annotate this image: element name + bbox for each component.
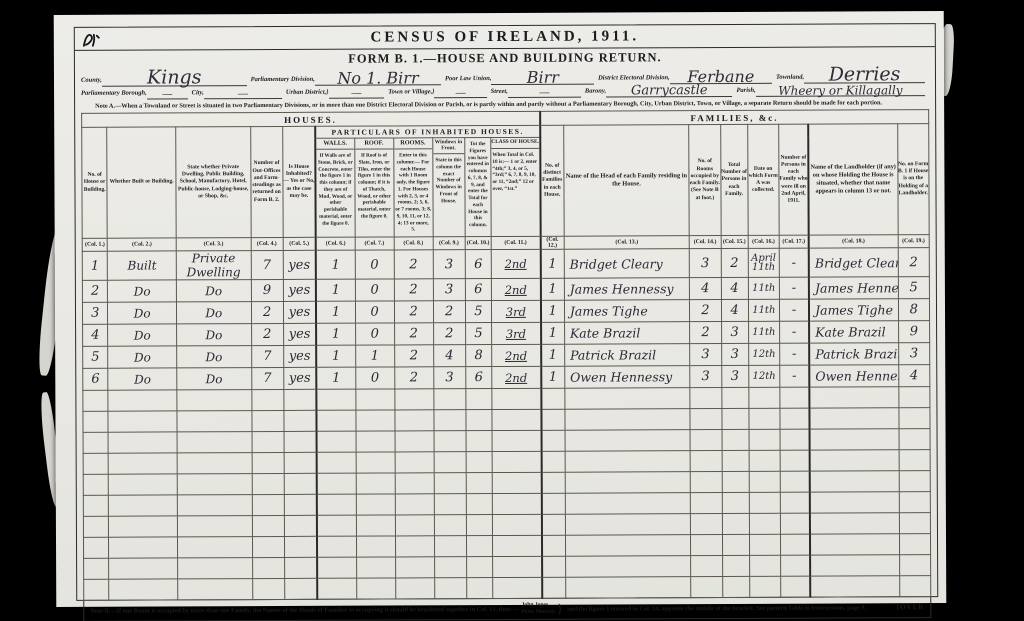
empty-cell (565, 556, 690, 578)
cell-r5-c18: Patrick Brazil (809, 343, 898, 365)
cell-r4-c7: 0 (355, 323, 394, 345)
empty-cell (252, 494, 284, 515)
field-town-or-village: Town or Village,} — (388, 88, 486, 99)
empty-cell (433, 389, 465, 410)
empty-cell (317, 536, 356, 557)
field-townland: Townland, Derries (776, 66, 925, 84)
empty-cell (565, 472, 690, 494)
cell-r4-c1: 4 (83, 324, 109, 346)
cell-r5-c9: 4 (433, 345, 465, 367)
empty-cell (780, 450, 810, 471)
empty-cell (466, 410, 492, 431)
empty-cell (898, 387, 930, 408)
empty-cell (317, 494, 356, 515)
empty-cell (434, 410, 466, 431)
empty-cell (810, 492, 899, 513)
empty-cell (395, 515, 434, 536)
col-header-3: State whether Private Dwelling, Public B… (176, 127, 251, 238)
empty-cell (810, 576, 899, 597)
cell-r4-c15: 3 (721, 321, 748, 343)
cell-r3-c1: 3 (82, 302, 108, 324)
cell-r3-c14: 2 (690, 300, 721, 322)
cell-r5-c5: yes (283, 345, 316, 367)
empty-cell (434, 452, 466, 473)
census-form-paper: CENSUS OF IRELAND, 1911. FORM B. 1.—HOUS… (54, 11, 947, 607)
cell-r1-c2: Built (108, 251, 177, 280)
empty-cell (109, 495, 178, 516)
cell-r4-c13: Kate Brazil (564, 322, 689, 345)
cell-r6-c7: 0 (355, 367, 394, 389)
col-num-9: (Col. 9.) (433, 237, 465, 250)
cell-r2-c12: 1 (541, 278, 565, 300)
empty-cell (541, 472, 565, 493)
col-label: ROOF. (355, 139, 393, 150)
empty-cell (177, 453, 252, 474)
empty-cell (492, 409, 541, 430)
empty-cell (492, 451, 541, 472)
empty-cell (177, 432, 252, 453)
cell-r5-c19: 3 (898, 343, 930, 365)
cell-r4-c2: Do (108, 324, 177, 346)
empty-cell (780, 534, 810, 555)
empty-cell (177, 537, 252, 558)
empty-cell (178, 579, 253, 600)
col-header-12: No. of distinct Families in each House. (540, 125, 564, 236)
col-header-7: ROOF. If Roof is of Slate, Iron, or Tile… (354, 138, 393, 237)
cell-r2-c7: 0 (355, 279, 394, 301)
empty-cell (356, 431, 395, 452)
cell-r2-c14: 4 (690, 278, 721, 300)
col-header-19: No. on Form B. 1 if House is on the Hold… (897, 124, 929, 235)
cell-r5-c7: 1 (355, 345, 394, 367)
empty-cell (899, 576, 931, 597)
empty-cell (565, 388, 690, 410)
col-num-2: (Col. 2.) (108, 238, 177, 251)
empty-cell (722, 576, 749, 597)
col-header-10: Tot the Figures you have entered in colu… (465, 138, 492, 237)
field-value-handwritten: No 1. Birr (315, 71, 441, 86)
empty-cell (83, 432, 108, 453)
empty-cell (492, 514, 541, 535)
col-num-6: (Col. 6.) (316, 237, 355, 250)
empty-cell (109, 453, 178, 474)
empty-cell (83, 537, 108, 558)
cell-r1-c14: 3 (689, 249, 720, 278)
empty-cell (749, 513, 780, 534)
empty-cell (252, 536, 284, 557)
form-title: FORM B. 1.—HOUSE AND BUILDING RETURN. (81, 47, 929, 69)
empty-cell (691, 556, 722, 577)
empty-cell (899, 471, 931, 492)
cell-r3-c6: 1 (316, 301, 355, 323)
empty-cell (83, 453, 108, 474)
field-county: County, Kings (81, 69, 247, 87)
cell-r3-c19: 8 (898, 299, 930, 321)
empty-cell (252, 557, 284, 578)
field-label: City, (192, 91, 204, 100)
empty-cell (690, 430, 721, 451)
col-label: Windows in Front. (433, 138, 464, 154)
col-desc: If Walls are of Stone, Brick, or Concret… (317, 150, 355, 230)
empty-cell (899, 513, 931, 534)
empty-cell (466, 452, 492, 473)
cell-r2-c5: yes (283, 279, 316, 301)
empty-cell (722, 471, 749, 492)
cell-r1-c1: 1 (82, 251, 108, 280)
empty-cell (395, 536, 434, 557)
field-label: Barony, (585, 89, 606, 98)
empty-cell (542, 577, 566, 598)
cell-r1-c6: 1 (316, 250, 355, 279)
empty-cell (108, 390, 177, 411)
empty-cell (177, 411, 252, 432)
empty-cell (722, 513, 749, 534)
field-city: City, — (192, 89, 282, 100)
cell-r4-c8: 2 (394, 323, 433, 345)
empty-cell (252, 473, 284, 494)
cell-r5-c10: 8 (465, 345, 491, 367)
col-header-6: WALLS. If Walls are of Stone, Brick, or … (315, 138, 354, 237)
empty-cell (317, 473, 356, 494)
field-label: Parliamentary Division, (251, 77, 315, 86)
empty-cell (749, 450, 780, 471)
cell-r1-c13: Bridget Cleary (564, 249, 689, 279)
cell-r4-c9: 2 (433, 323, 465, 345)
empty-cell (109, 537, 178, 558)
cell-r5-c4: 7 (251, 345, 283, 367)
empty-cell (899, 555, 931, 576)
cell-r1-c12: 1 (540, 249, 564, 278)
empty-cell (810, 450, 899, 471)
empty-cell (721, 387, 748, 408)
cell-r5-c16: 12th (748, 343, 779, 365)
cell-r2-c13: James Hennessy (564, 278, 689, 301)
empty-cell (899, 429, 931, 450)
cell-r3-c2: Do (108, 302, 177, 324)
col-desc: If Roof is of Slate, Iron, or Tiles, ent… (355, 150, 393, 224)
empty-cell (356, 473, 395, 494)
cell-r2-c9: 3 (433, 279, 465, 301)
empty-cell (781, 576, 811, 597)
empty-cell (284, 410, 317, 431)
cell-r2-c11: 2nd (491, 278, 540, 300)
cell-r1-c8: 2 (394, 250, 433, 279)
empty-cell (466, 389, 492, 410)
empty-cell (565, 493, 690, 515)
empty-cell (356, 515, 395, 536)
empty-cell (493, 535, 542, 556)
cell-r1-c19: 2 (898, 248, 930, 277)
cell-r1-c16: April 11th (748, 248, 779, 277)
empty-cell (317, 515, 356, 536)
cell-r1-c9: 3 (433, 250, 465, 279)
empty-cell (542, 514, 566, 535)
empty-cell (356, 557, 395, 578)
field-label: Town or Village,} (388, 90, 434, 99)
cell-r1-c11: 2nd (491, 249, 540, 278)
empty-cell (780, 408, 810, 429)
empty-cell (721, 408, 748, 429)
col-num-18: (Col. 18.) (809, 235, 898, 248)
cell-r3-c4: 2 (251, 301, 283, 323)
field-label: Urban District,} (286, 90, 329, 99)
col-num-14: (Col. 14.) (689, 236, 720, 249)
cell-r2-c8: 2 (394, 279, 433, 301)
cell-r3-c15: 4 (721, 299, 748, 321)
col-header-8: ROOMS. Enter in this column:— For each H… (393, 138, 432, 237)
cell-r2-c2: Do (108, 280, 177, 302)
cell-r2-c18: James Hennessy (809, 277, 898, 299)
note-b-text: and the figure 1 entered in Col. 14, opp… (567, 604, 866, 612)
cell-r5-c6: 1 (316, 345, 355, 367)
empty-cell (109, 474, 178, 495)
cell-r3-c9: 2 (433, 301, 465, 323)
scanned-census-page: { "page": { "title": "CENSUS OF IRELAND,… (0, 0, 1024, 621)
cell-r4-c14: 2 (690, 322, 721, 344)
cell-r6-c11: 2nd (492, 366, 541, 388)
empty-cell (84, 558, 109, 579)
empty-cell (252, 578, 284, 599)
cell-r4-c17: - (780, 321, 810, 343)
empty-cell (395, 431, 434, 452)
empty-cell (317, 389, 356, 410)
empty-cell (83, 495, 108, 516)
cell-r2-c1: 2 (82, 280, 108, 302)
field-value-handwritten: Kings (102, 69, 247, 87)
empty-cell (434, 431, 466, 452)
empty-cell (466, 557, 492, 578)
col-num-19: (Col. 19.) (898, 235, 930, 248)
cell-r1-c3: Private Dwelling (176, 251, 251, 280)
col-num-13: (Col. 13.) (564, 236, 689, 250)
empty-cell (84, 579, 109, 600)
col-num-17: (Col. 17.) (779, 235, 809, 248)
empty-cell (691, 535, 722, 556)
col-desc: Enter in this column:— For each House wi… (394, 149, 432, 236)
field-label: Parliamentary Borough, (81, 91, 147, 100)
cell-r6-c12: 1 (541, 366, 565, 388)
field-label: Parish, (736, 88, 755, 97)
col-header-16: Date on which Form A was collected. (747, 124, 779, 235)
empty-cell (83, 516, 108, 537)
field-parish: Parish, Wheery or Killagally (736, 86, 925, 97)
empty-cell (690, 472, 721, 493)
empty-cell (109, 558, 178, 579)
field-value-handwritten: — (329, 88, 385, 99)
empty-cell (395, 410, 434, 431)
over-label: [OVER (883, 603, 925, 611)
field-label: County, (81, 78, 102, 87)
cell-r3-c13: James Tighe (564, 300, 689, 323)
col-num-15: (Col. 15.) (721, 235, 748, 248)
cell-r3-c5: yes (283, 301, 316, 323)
cell-r4-c3: Do (177, 324, 252, 346)
empty-cell (252, 431, 284, 452)
cell-r3-c10: 5 (465, 301, 491, 323)
empty-cell (780, 387, 810, 408)
table-body: 1BuiltPrivate Dwelling7yes102362nd1Bridg… (82, 248, 931, 601)
col-header-11: CLASS OF HOUSE. When Total in Col. 10 is… (491, 137, 541, 236)
cell-r1-c4: 7 (251, 250, 283, 279)
empty-cell (177, 495, 252, 516)
empty-cell (284, 578, 317, 599)
col-num-4: (Col. 4.) (251, 237, 283, 250)
cell-r5-c12: 1 (541, 344, 565, 366)
col-label: WALLS. (316, 139, 354, 150)
empty-cell (810, 429, 899, 450)
empty-cell (356, 452, 395, 473)
cell-r1-c17: - (779, 248, 809, 277)
cell-r3-c17: - (779, 299, 809, 321)
note-b: Note B.—If one Room is occupied by more … (83, 597, 931, 621)
empty-cell (691, 493, 722, 514)
cell-r6-c19: 4 (898, 365, 930, 387)
col-header-13: Name of the Head of each Family residing… (564, 125, 690, 237)
empty-cell (284, 557, 317, 578)
cell-r2-c10: 6 (465, 279, 491, 301)
cell-r6-c1: 6 (83, 368, 109, 390)
empty-cell (691, 514, 722, 535)
empty-cell (898, 408, 930, 429)
bracket-glyph: } (557, 601, 563, 617)
field-value-handwritten: Wheery or Killagally (756, 86, 925, 97)
col-num-1: (Col. 1.) (82, 238, 107, 251)
empty-cell (492, 388, 541, 409)
empty-cell (356, 389, 395, 410)
empty-cell (356, 578, 395, 599)
empty-cell (749, 471, 780, 492)
cell-r3-c18: James Tighe (809, 299, 898, 321)
cell-r6-c9: 3 (433, 367, 465, 389)
empty-cell (722, 450, 749, 471)
empty-cell (541, 451, 565, 472)
empty-cell (809, 387, 898, 408)
cell-r5-c2: Do (108, 346, 177, 368)
cell-r4-c19: 9 (898, 321, 930, 343)
cell-r5-c14: 3 (690, 344, 721, 366)
col-header-2: Whether Built or Building. (107, 127, 176, 238)
cell-r3-c3: Do (176, 302, 251, 324)
empty-cell (722, 429, 749, 450)
empty-cell (749, 408, 780, 429)
house-building-table: HOUSES. FAMILIES, &c. No. of House or Bu… (81, 109, 931, 601)
ink-mark (80, 31, 104, 54)
cell-r1-c18: Bridget Cleary (809, 248, 898, 277)
empty-cell (749, 492, 780, 513)
col-header-9: Windows in Front. State in this column t… (432, 138, 465, 237)
empty-cell (434, 494, 466, 515)
empty-cell (356, 536, 395, 557)
empty-cell (749, 555, 780, 576)
cell-r3-c8: 2 (394, 301, 433, 323)
empty-row (84, 576, 931, 601)
empty-cell (284, 536, 317, 557)
col-header-14: No. of Rooms occupied by each Family. (S… (689, 125, 721, 236)
empty-cell (252, 452, 284, 473)
field-value-handwritten: Garrycastle (606, 85, 732, 98)
empty-cell (492, 430, 541, 451)
cell-r6-c4: 7 (251, 367, 283, 389)
cell-r3-c11: 3rd (491, 300, 540, 322)
col-header-1: No. of House or Building. (82, 127, 108, 238)
empty-cell (317, 410, 356, 431)
cell-r1-c15: 2 (721, 248, 748, 277)
col-header-4: Number of Out-Offices and Farm-steadings… (250, 126, 283, 237)
col-num-7: (Col. 7.) (355, 237, 394, 250)
col-num-8: (Col. 8.) (394, 237, 433, 250)
empty-cell (810, 408, 899, 429)
cell-r3-c7: 0 (355, 301, 394, 323)
empty-cell (810, 471, 899, 492)
empty-cell (565, 451, 690, 473)
col-num-3: (Col. 3.) (176, 238, 251, 251)
empty-cell (109, 516, 178, 537)
empty-cell (780, 513, 810, 534)
col-header-15: Total Number of Persons in each Family. (720, 124, 748, 235)
field-parliamentary-borough: Parliamentary Borough, — (81, 89, 188, 100)
empty-cell (492, 493, 541, 514)
col-header-18: Name of the Landholder (if any) on whose… (808, 124, 897, 235)
empty-cell (83, 390, 108, 411)
empty-cell (542, 535, 566, 556)
empty-cell (810, 534, 899, 555)
empty-cell (356, 410, 395, 431)
cell-r6-c3: Do (177, 368, 252, 390)
cell-r4-c10: 5 (465, 323, 491, 345)
empty-cell (317, 557, 356, 578)
empty-cell (899, 534, 931, 555)
empty-cell (810, 513, 899, 534)
empty-cell (395, 578, 434, 599)
empty-cell (252, 515, 284, 536)
field-value-handwritten: Ferbane (670, 69, 772, 84)
cell-r5-c15: 3 (721, 343, 748, 365)
empty-cell (178, 558, 253, 579)
cell-r5-c3: Do (177, 346, 252, 368)
empty-cell (395, 557, 434, 578)
empty-cell (780, 492, 810, 513)
empty-cell (284, 389, 317, 410)
col-num-5: (Col. 5.) (283, 237, 316, 250)
field-urban-district: Urban District,} — (286, 88, 384, 99)
cell-r6-c5: yes (283, 367, 316, 389)
field-poor-law-union: Poor Law Union, Birr (445, 70, 594, 85)
empty-cell (466, 431, 492, 452)
empty-cell (83, 411, 108, 432)
empty-cell (177, 516, 252, 537)
cell-r4-c18: Kate Brazil (809, 321, 898, 343)
empty-cell (542, 556, 566, 577)
empty-cell (541, 409, 565, 430)
empty-cell (899, 492, 931, 513)
empty-cell (251, 389, 283, 410)
cell-r4-c11: 3rd (492, 322, 541, 344)
empty-cell (722, 555, 749, 576)
cell-r6-c17: - (780, 365, 810, 387)
empty-cell (434, 536, 466, 557)
empty-cell (466, 515, 492, 536)
cell-r6-c15: 3 (721, 365, 748, 387)
field-value-handwritten: — (435, 88, 487, 99)
col-label: ROOMS. (394, 138, 432, 149)
cell-r6-c16: 12th (748, 365, 779, 387)
empty-cell (749, 534, 780, 555)
empty-cell (466, 494, 492, 515)
empty-cell (317, 578, 356, 599)
empty-cell (466, 536, 492, 557)
cell-r6-c10: 6 (466, 367, 492, 389)
field-street: Street, — (491, 87, 581, 98)
